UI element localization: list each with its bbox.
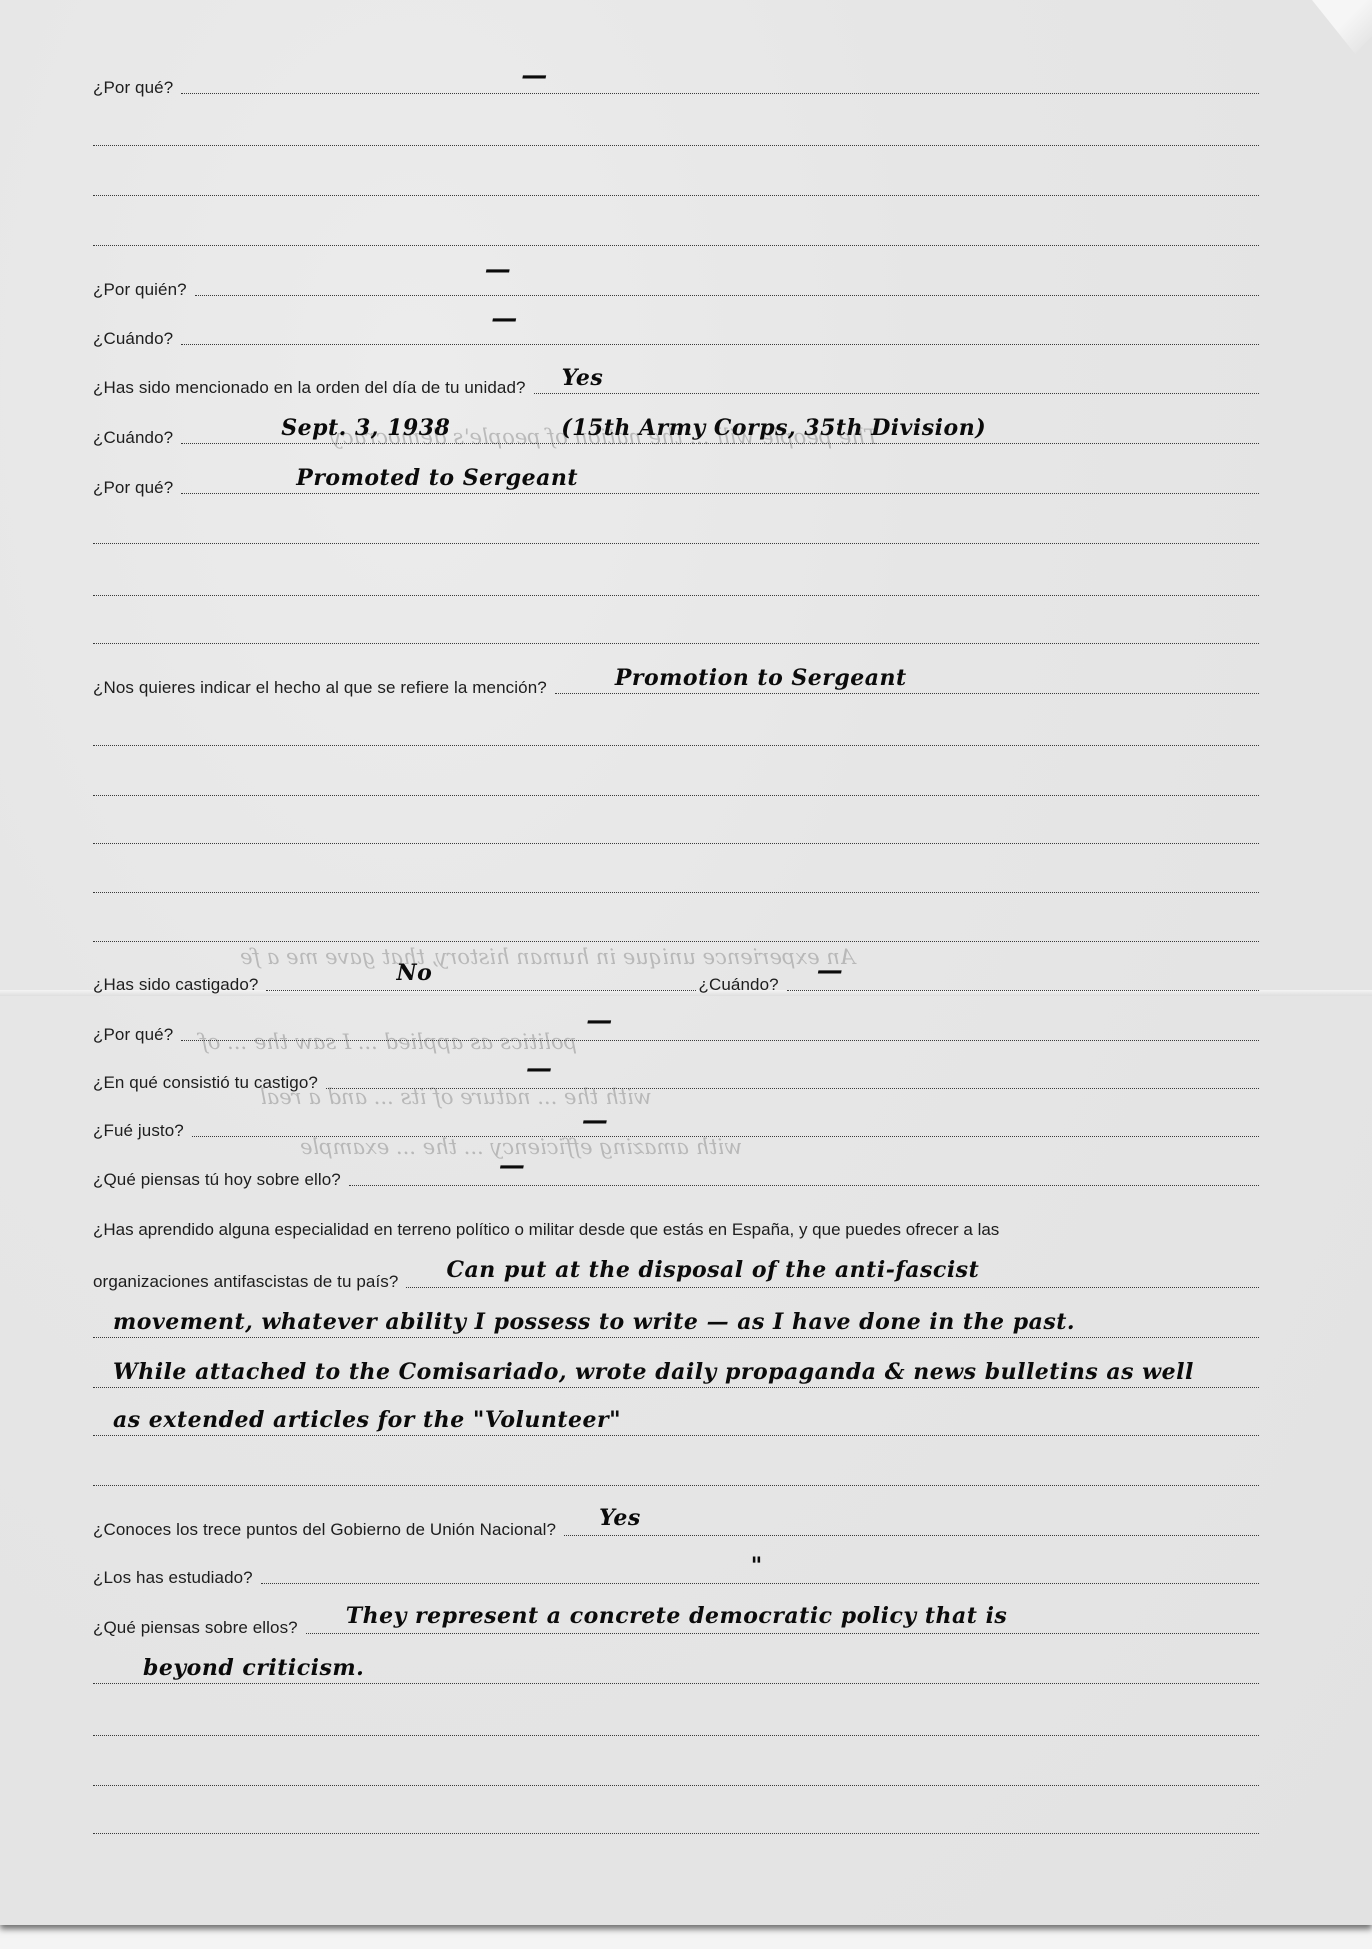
answer-text: " [751, 1553, 763, 1579]
field-label: ¿Has aprendido alguna especialidad en te… [93, 1220, 999, 1240]
blank-line [93, 1450, 1259, 1490]
answer-line[interactable] [93, 543, 1259, 544]
field-hoy: ¿Qué piensas tú hoy sobre ello? — [93, 1150, 1259, 1190]
field-label: ¿Por qué? [93, 478, 181, 498]
answer-text: Sept. 3, 1938 [281, 415, 450, 441]
field-label: ¿Por quién? [93, 280, 195, 300]
blank-line [93, 710, 1259, 750]
blank-line [93, 760, 1259, 800]
answer-line[interactable] [93, 245, 1259, 246]
field-especialidad: organizaciones antifascistas de tu país?… [93, 1252, 1259, 1292]
blank-line [93, 110, 1259, 150]
answer-line[interactable]: beyond criticism. [93, 1683, 1259, 1684]
answer-line[interactable]: Promotion to Sergeant [555, 693, 1259, 694]
field-justo: ¿Fué justo? — [93, 1101, 1259, 1141]
answer-line[interactable] [93, 1485, 1259, 1486]
field-label: ¿Cuándo? [93, 428, 181, 448]
field-consistio: ¿En qué consistió tu castigo? — [93, 1053, 1259, 1093]
field-label: ¿Has sido castigado? [93, 975, 266, 995]
answer-line[interactable]: as extended articles for the "Volunteer" [93, 1435, 1259, 1436]
field-por-que-2: ¿Por qué? Promoted to Sergeant [93, 458, 1259, 498]
field-por-quien: ¿Por quién? — [93, 260, 1259, 300]
field-por-que-3: ¿Por qué? — [93, 1005, 1259, 1045]
answer-line[interactable] [93, 795, 1259, 796]
answer-continuation: beyond criticism. [93, 1648, 1259, 1688]
answer-continuation: While attached to the Comisariado, wrote… [93, 1352, 1259, 1392]
blank-line [93, 808, 1259, 848]
field-label: ¿Por qué? [93, 78, 181, 98]
blank-line [93, 1798, 1259, 1838]
field-label: ¿Nos quieres indicar el hecho al que se … [93, 678, 555, 698]
answer-line[interactable]: — [192, 1136, 1259, 1137]
answer-text: No [396, 960, 432, 986]
blank-line [93, 210, 1259, 250]
answer-line[interactable]: While attached to the Comisariado, wrote… [93, 1387, 1259, 1388]
blank-line [93, 906, 1259, 946]
answer-line[interactable] [93, 145, 1259, 146]
field-label: ¿Los has estudiado? [93, 1568, 261, 1588]
answer-text-extra: (15th Army Corps, 35th Division) [561, 415, 986, 441]
answer-line[interactable] [93, 843, 1259, 844]
answer-text: — [499, 1151, 526, 1181]
blank-line [93, 857, 1259, 897]
answer-text: — [817, 956, 844, 986]
field-piensas-ellos: ¿Qué piensas sobre ellos? They represent… [93, 1598, 1259, 1638]
answer-line[interactable]: — [181, 1040, 1259, 1041]
form-page: The people will ... the nation of people… [0, 0, 1372, 1925]
answer-line[interactable]: — [326, 1088, 1259, 1089]
answer-text: movement, whatever ability I possess to … [113, 1309, 1075, 1335]
answer-text: They represent a concrete democratic pol… [346, 1603, 1008, 1629]
answer-line[interactable]: No [266, 990, 696, 991]
field-label: ¿Conoces los trece puntos del Gobierno d… [93, 1520, 564, 1540]
answer-line[interactable]: movement, whatever ability I possess to … [93, 1337, 1259, 1338]
answer-continuation: movement, whatever ability I possess to … [93, 1302, 1259, 1342]
field-label: ¿Cuándo? [93, 329, 181, 349]
answer-text: Promoted to Sergeant [296, 465, 578, 491]
answer-line[interactable] [93, 892, 1259, 893]
answer-text: While attached to the Comisariado, wrote… [113, 1359, 1194, 1385]
answer-line[interactable] [93, 195, 1259, 196]
field-cuando-1: ¿Cuándo? — [93, 309, 1259, 349]
answer-line[interactable]: Sept. 3, 1938 (15th Army Corps, 35th Div… [181, 443, 1259, 444]
answer-line[interactable]: They represent a concrete democratic pol… [306, 1633, 1259, 1634]
answer-text: beyond criticism. [143, 1655, 364, 1681]
answer-text: — [521, 61, 548, 91]
answer-line[interactable]: Can put at the disposal of the anti-fasc… [406, 1287, 1259, 1288]
answer-line[interactable] [93, 643, 1259, 644]
field-especialidad-label: ¿Has aprendido alguna especialidad en te… [93, 1200, 1259, 1240]
field-castigado: ¿Has sido castigado? No ¿Cuándo? — [93, 955, 1259, 995]
answer-line[interactable] [93, 1735, 1259, 1736]
answer-text: — [586, 1006, 613, 1036]
field-label: ¿Has sido mencionado en la orden del día… [93, 378, 534, 398]
field-label: ¿Fué justo? [93, 1121, 192, 1141]
answer-text: Yes [599, 1505, 641, 1531]
field-label: ¿En qué consistió tu castigo? [93, 1073, 326, 1093]
blank-line [93, 1750, 1259, 1790]
answer-line[interactable]: — [349, 1185, 1259, 1186]
field-estudiado: ¿Los has estudiado? " [93, 1548, 1259, 1588]
field-label-cuando: ¿Cuándo? [696, 975, 786, 995]
blank-line [93, 1700, 1259, 1740]
field-label: organizaciones antifascistas de tu país? [93, 1272, 406, 1292]
answer-line[interactable]: Yes [564, 1535, 1259, 1536]
blank-line [93, 160, 1259, 200]
field-label: ¿Qué piensas tú hoy sobre ello? [93, 1170, 349, 1190]
folded-corner [1312, 0, 1372, 75]
answer-text: — [582, 1106, 609, 1136]
answer-line[interactable]: — [181, 344, 1259, 345]
blank-line [93, 608, 1259, 648]
answer-text: — [491, 304, 518, 334]
answer-line[interactable]: — [181, 93, 1259, 94]
answer-line[interactable] [93, 745, 1259, 746]
answer-line[interactable]: Promoted to Sergeant [181, 493, 1259, 494]
field-cuando-2: ¿Cuándo? Sept. 3, 1938 (15th Army Corps,… [93, 408, 1259, 448]
answer-line[interactable]: Yes [534, 393, 1259, 394]
answer-text: — [485, 255, 512, 285]
field-label: ¿Qué piensas sobre ellos? [93, 1618, 306, 1638]
answer-line[interactable]: " [261, 1583, 1259, 1584]
blank-line [93, 560, 1259, 600]
field-hecho: ¿Nos quieres indicar el hecho al que se … [93, 658, 1259, 698]
blank-line [93, 508, 1259, 548]
answer-text: — [526, 1054, 553, 1084]
field-por-que-1: ¿Por qué? — [93, 58, 1259, 98]
answer-line[interactable] [93, 1833, 1259, 1834]
answer-text: as extended articles for the "Volunteer" [113, 1407, 621, 1433]
answer-text: Promotion to Sergeant [615, 665, 907, 691]
answer-line[interactable] [93, 595, 1259, 596]
answer-continuation: as extended articles for the "Volunteer" [93, 1400, 1259, 1440]
field-mencionado: ¿Has sido mencionado en la orden del día… [93, 358, 1259, 398]
field-trece-puntos: ¿Conoces los trece puntos del Gobierno d… [93, 1500, 1259, 1540]
answer-line[interactable] [93, 941, 1259, 942]
answer-line[interactable] [93, 1785, 1259, 1786]
answer-text: Can put at the disposal of the anti-fasc… [446, 1257, 979, 1283]
answer-text: Yes [562, 365, 604, 391]
field-label: ¿Por qué? [93, 1025, 181, 1045]
answer-line-cuando[interactable]: — [787, 990, 1259, 991]
answer-line[interactable]: — [195, 295, 1259, 296]
